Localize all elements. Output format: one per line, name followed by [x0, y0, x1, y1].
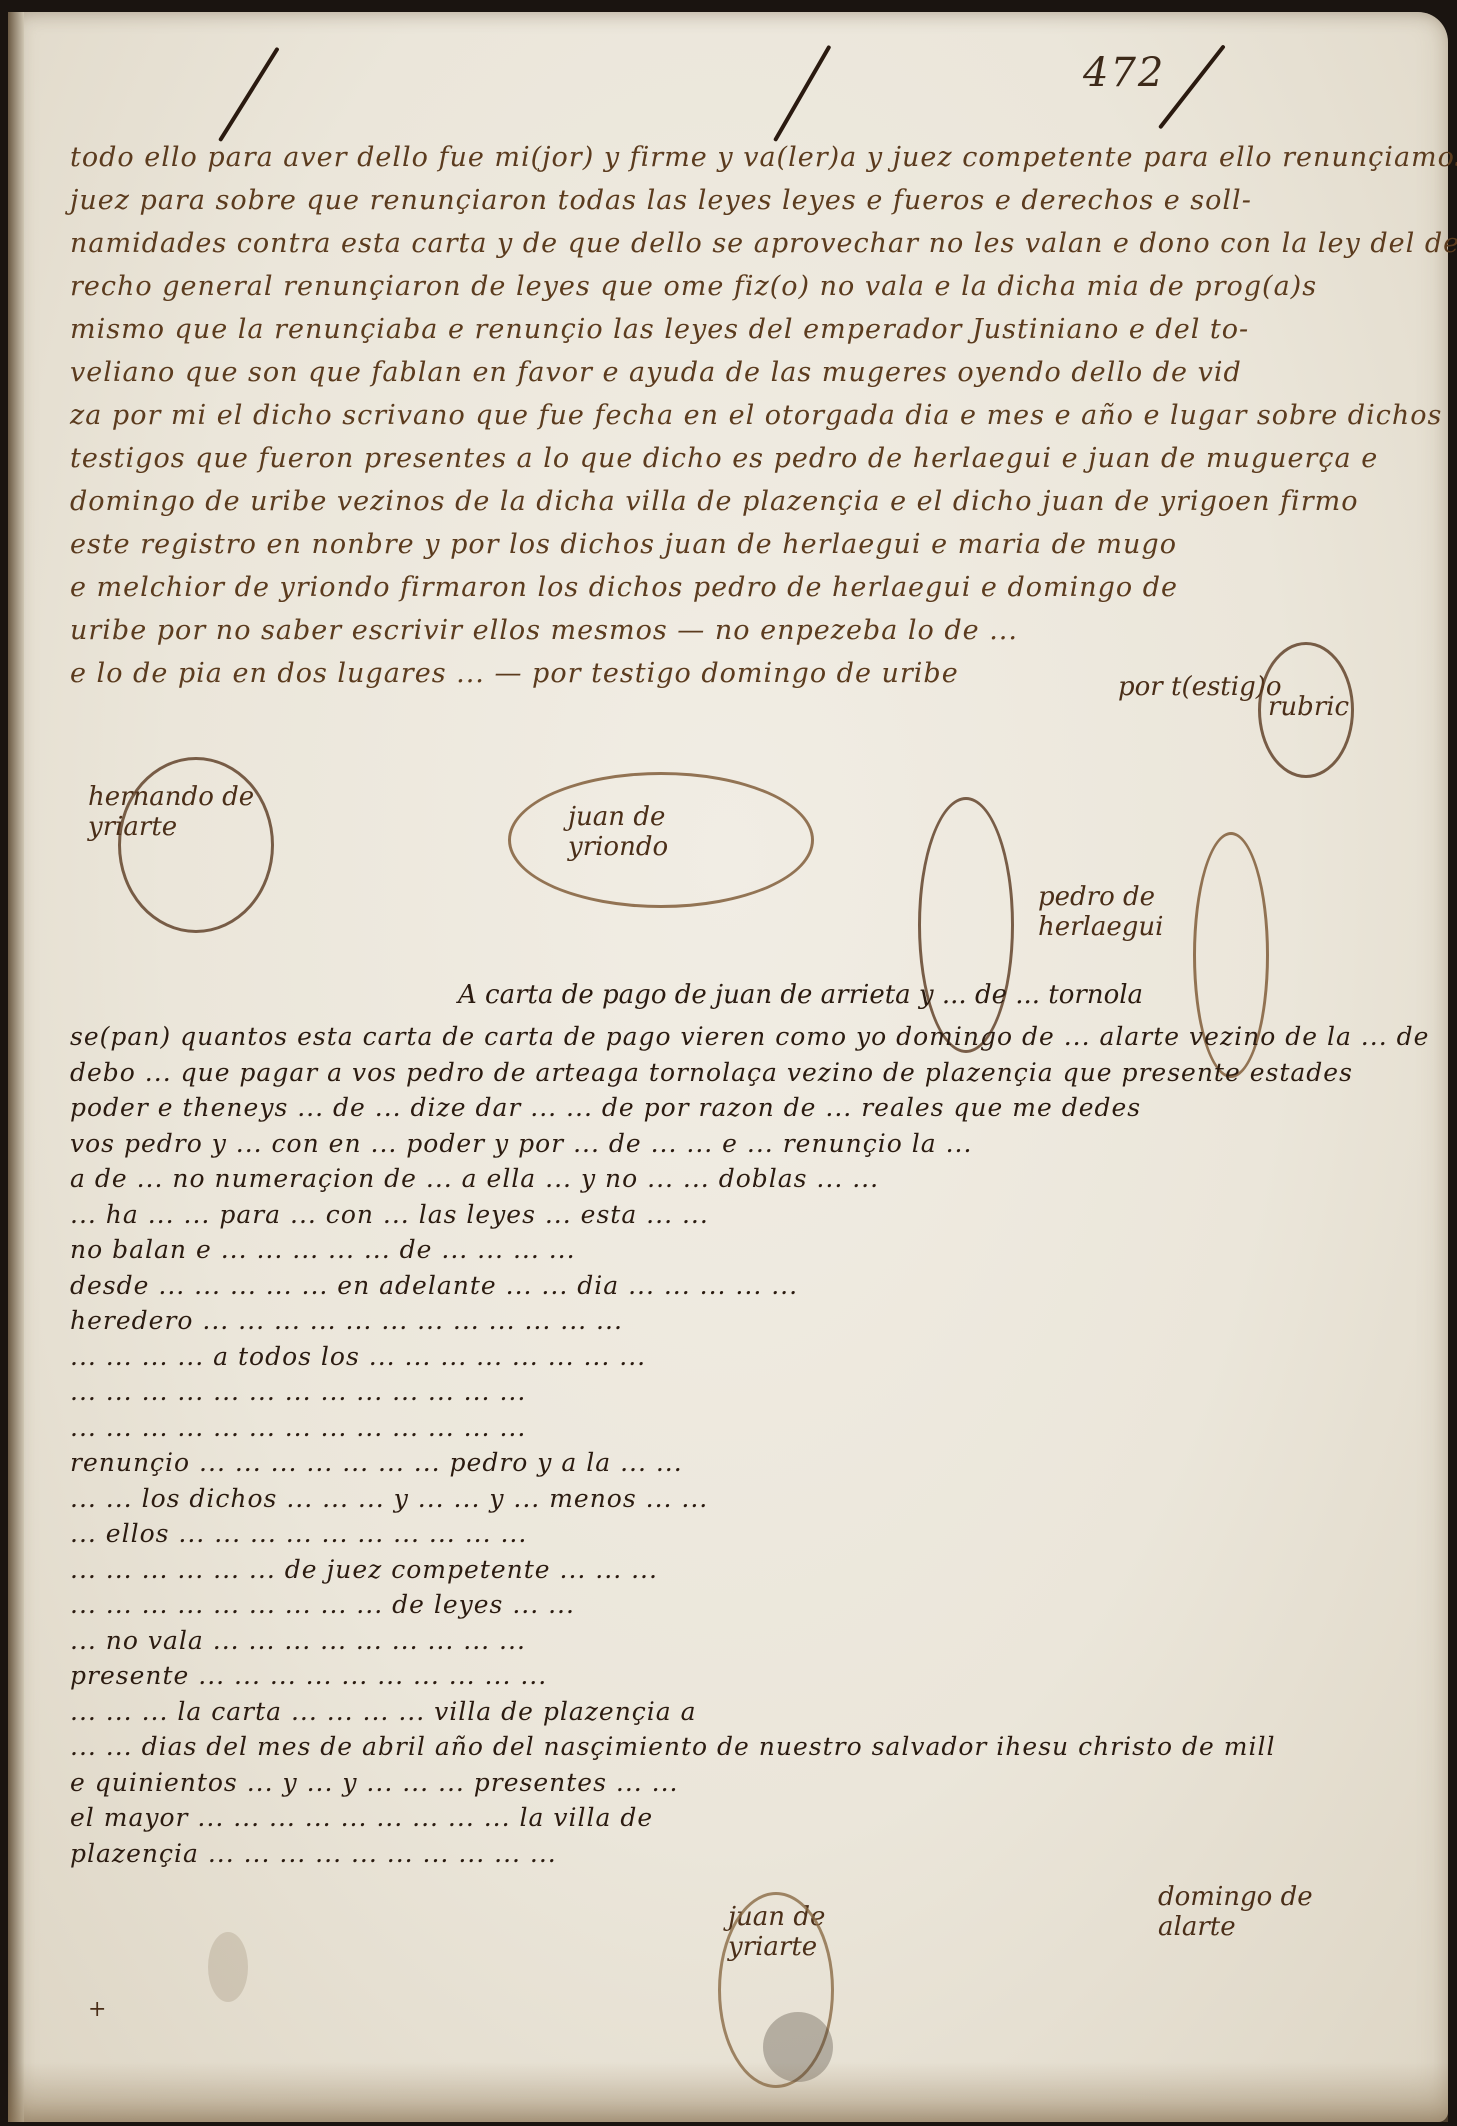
text-line: namidades contra esta carta y de que del…	[70, 228, 1457, 259]
text-line: mismo que la renunçiaba e renunçio las l…	[70, 314, 1249, 345]
signature-rubric	[118, 757, 274, 933]
binding-gutter	[8, 12, 24, 2122]
text-line: testigos que fueron presentes a lo que d…	[70, 443, 1378, 474]
text-line: plazençia ... ... ... ... ... ... ... ..…	[70, 1839, 557, 1868]
pen-stroke	[218, 47, 280, 142]
text-line: ... ... ... ... ... ... ... ... ... ... …	[70, 1413, 526, 1442]
text-line: poder e theneys ... de ... dize dar ... …	[70, 1093, 1141, 1122]
paper-stain	[208, 1932, 248, 2002]
manuscript-page: 472 todo ello para aver dello fue mi(jor…	[8, 12, 1448, 2122]
signature-rubric	[1258, 642, 1354, 778]
marginal-note: por t(estig)o	[1118, 672, 1282, 702]
signature: domingo de alarte	[1158, 1882, 1338, 1942]
text-line: ... ellos ... ... ... ... ... ... ... ..…	[70, 1519, 527, 1548]
text-line: este registro en nonbre y por los dichos…	[70, 529, 1177, 560]
text-line: el mayor ... ... ... ... ... ... ... ...…	[70, 1803, 653, 1832]
text-line: e quinientos ... y ... y ... ... ... pre…	[70, 1768, 679, 1797]
text-line: domingo de uribe vezinos de la dicha vil…	[70, 486, 1358, 517]
paper-edge	[8, 2062, 1448, 2122]
folio-number: 472	[1083, 50, 1165, 96]
text-line: veliano que son que fablan en favor e ay…	[70, 357, 1242, 388]
pen-stroke	[1158, 44, 1226, 129]
text-line: presente ... ... ... ... ... ... ... ...…	[70, 1661, 547, 1690]
text-line: ... ... ... ... a todos los ... ... ... …	[70, 1342, 646, 1371]
text-line: debo ... que pagar a vos pedro de arteag…	[70, 1058, 1353, 1087]
text-line: ... ... ... ... ... ... ... ... ... ... …	[70, 1377, 526, 1406]
text-line: vos pedro y ... con en ... poder y por .…	[70, 1129, 972, 1158]
text-line: ... ha ... ... para ... con ... las leye…	[70, 1200, 709, 1229]
text-line: ... no vala ... ... ... ... ... ... ... …	[70, 1626, 526, 1655]
text-line: za por mi el dicho scrivano que fue fech…	[70, 400, 1442, 431]
text-line: no balan e ... ... ... ... ... de ... ..…	[70, 1235, 576, 1264]
text-line: e melchior de yriondo firmaron los dicho…	[70, 572, 1178, 603]
signature-rubric	[508, 772, 814, 908]
lower-heading: A carta de pago de juan de arrieta y ...…	[458, 980, 1143, 1010]
text-line: se(pan) quantos esta carta de carta de p…	[70, 1022, 1429, 1051]
text-line: ... ... dias del mes de abril año del na…	[70, 1732, 1275, 1761]
text-line: e lo de pia en dos lugares ... — por tes…	[70, 658, 959, 689]
text-line: uribe por no saber escrivir ellos mesmos…	[70, 615, 1018, 646]
text-line: desde ... ... ... ... ... en adelante ..…	[70, 1271, 798, 1300]
text-line: heredero ... ... ... ... ... ... ... ...…	[70, 1306, 623, 1335]
text-line: juez para sobre que renunçiaron todas la…	[70, 185, 1252, 216]
bottom-left-mark: +	[88, 1997, 106, 2022]
signature-rubric	[918, 797, 1014, 1053]
text-line: ... ... ... la carta ... ... ... ... vil…	[70, 1697, 697, 1726]
text-line: a de ... no numeraçion de ... a ella ...…	[70, 1164, 879, 1193]
text-line: ... ... ... ... ... ... de juez competen…	[70, 1555, 658, 1584]
text-line: recho general renunçiaron de leyes que o…	[70, 271, 1317, 302]
text-line: ... ... ... ... ... ... ... ... ... de l…	[70, 1590, 575, 1619]
text-line: ... ... los dichos ... ... ... y ... ...…	[70, 1484, 708, 1513]
pen-stroke	[773, 45, 831, 142]
text-line: renunçio ... ... ... ... ... ... ... ped…	[70, 1448, 683, 1477]
text-line: todo ello para aver dello fue mi(jor) y …	[70, 142, 1457, 173]
